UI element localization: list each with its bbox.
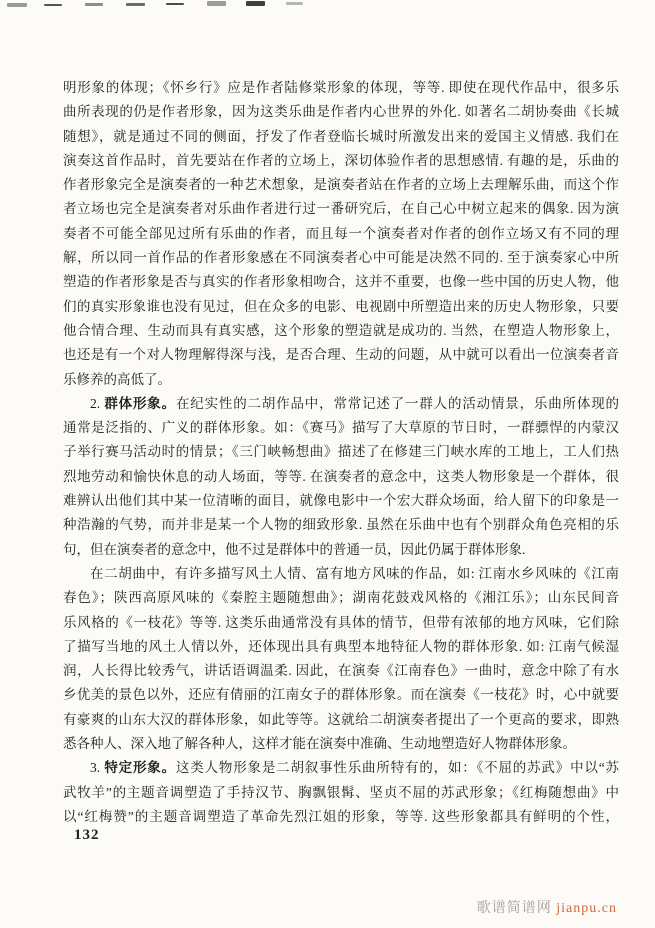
text-line: 种浩瀚的气势，而并非是某一个人物的细致形象. 虽然在乐曲中也有个别群众角色亮相的… <box>63 513 619 537</box>
section-heading: 群体形象。 <box>104 396 176 411</box>
binding-mark-icon <box>85 3 103 6</box>
text-line: 润，人长得比较秀气，讲话语调温柔. 因此，在演奏《江南春色》一曲时，意念中除了有… <box>63 659 619 683</box>
text-line: 有豪爽的山东大汉的群体形象，如此等等。这就给二胡演奏者提出了一个更高的要求，即熟 <box>63 708 619 732</box>
text-line: 演奏这首作品时，首先要站在作者的立场上，深切体验作者的思想感情. 有趣的是，乐曲… <box>63 149 619 173</box>
paragraph-regional-style: 在二胡曲中，有许多描写风土人情、富有地方风味的作品，如: 江南水乡风味的《江南 … <box>63 562 619 756</box>
text-line: 解，所以同一首作品的作者形象感在不同演奏者心中可能是决然不同的. 至于演奏家心中… <box>63 246 619 270</box>
binding-mark-icon <box>166 3 184 5</box>
text-line: 乐风格的《一枝花》等等. 这类乐曲通常没有具体的情节，但带有浓郁的地方风味，它们… <box>63 611 619 635</box>
text-line: 明形象的体现；《怀乡行》应是作者陆修棠形象的体现，等等. 即使在现代作品中，很多… <box>63 76 619 100</box>
watermark-site-name: 歌谱简谱网 <box>477 901 552 916</box>
text-line: 3. 特定形象。这类人物形象是二胡叙事性乐曲所特有的，如：《不屈的苏武》中以“苏 <box>63 756 619 780</box>
watermark-site-url: jianpu.cn <box>556 901 617 916</box>
binding-mark-icon <box>44 4 62 6</box>
binding-mark-icon <box>126 3 145 6</box>
text-line: 在二胡曲中，有许多描写风土人情、富有地方风味的作品，如: 江南水乡风味的《江南 <box>63 562 619 586</box>
text-line: 子举行赛马活动时的情景；《三门峡畅想曲》描述了在修建三门峡水库的工地上，工人们热 <box>63 440 619 464</box>
paragraph-specific-image: 3. 特定形象。这类人物形象是二胡叙事性乐曲所特有的，如：《不屈的苏武》中以“苏… <box>63 756 619 829</box>
text-line: 者立场也完全是演奏者对乐曲作者进行过一番研究后，在自己心中树立起来的偶象. 因为… <box>63 197 619 221</box>
binding-mark-icon <box>7 3 27 7</box>
binding-mark-icon <box>286 2 303 5</box>
text-run: 在纪实性的二胡作品中，常常记述了一群人的活动情景，乐曲所体现的 <box>176 396 619 411</box>
text-line: 作者形象完全是演奏者的一种艺术想象，是演奏者站在作者的立场上去理解乐曲，而这个作 <box>63 173 619 197</box>
text-line: 了描写当地的风土人情以外，还体现出具有典型本地特征人物的群体形象. 如: 江南气… <box>63 635 619 659</box>
text-line: 他合情合理、生动而具有真实感，这个形象的塑造就是成功的. 当然，在塑造人物形象上… <box>63 319 619 343</box>
text-line: 难辨认出他们其中某一位清晰的面目，就像电影中一个宏大群众场面，给人留下的印象是一 <box>63 489 619 513</box>
list-number: 3. <box>90 760 104 775</box>
text-line: 曲所表现的仍是作者形象，因为这类乐曲是作者内心世界的外化. 如著名二胡协奏曲《长… <box>63 100 619 124</box>
book-page: 明形象的体现；《怀乡行》应是作者陆修棠形象的体现，等等. 即使在现代作品中，很多… <box>0 0 655 928</box>
text-line: 武牧羊”的主题音调塑造了手持汉节、胸飘银髯、坚贞不屈的苏武形象；《红梅随想曲》中 <box>63 781 619 805</box>
text-line: 随想》，就是通过不同的侧面，抒发了作者登临长城时所激发出来的爱国主义情感. 我们… <box>63 125 619 149</box>
text-line: 以“红梅赞”的主题音调塑造了革命先烈江姐的形象，等等. 这些形象都具有鲜明的个性… <box>63 805 619 829</box>
paragraph-author-image: 明形象的体现；《怀乡行》应是作者陆修棠形象的体现，等等. 即使在现代作品中，很多… <box>63 76 619 392</box>
text-line: 乡优美的景色以外，还应有倩丽的江南女子的群体形象。而在演奏《一枝花》时，心中就要 <box>63 683 619 707</box>
binding-mark-icon <box>207 1 226 6</box>
text-line: 塑造的作者形象是否与真实的作者形象相吻合，这并不重要，也像一些中国的历史人物，他 <box>63 270 619 294</box>
text-line: 2. 群体形象。在纪实性的二胡作品中，常常记述了一群人的活动情景，乐曲所体现的 <box>63 392 619 416</box>
list-number: 2. <box>90 396 104 411</box>
page-text: 明形象的体现；《怀乡行》应是作者陆修棠形象的体现，等等. 即使在现代作品中，很多… <box>63 76 619 829</box>
text-line: 句，但在演奏者的意念中，他不过是群体中的普通一员，因此仍属于群体形象. <box>63 538 619 562</box>
section-heading: 特定形象。 <box>104 760 176 775</box>
text-line: 们的真实形象谁也没有见过，但在众多的电影、电视剧中所塑造出来的历史人物形象，只要 <box>63 295 619 319</box>
text-line: 乐修养的高低了。 <box>63 368 619 392</box>
watermark: 歌谱简谱网 jianpu.cn <box>477 897 617 917</box>
binding-mark-icon <box>246 1 265 6</box>
text-line: 通常是泛指的、广义的群体形象。如：《赛马》描写了大草原的节日时，一群骠悍的内蒙汉 <box>63 416 619 440</box>
text-line: 奏者不可能全部见过所有乐曲的作者，而且每一个演奏者对作者的创作立场又有不同的理 <box>63 222 619 246</box>
text-line: 春色》；陕西高原风味的《秦腔主题随想曲》；湖南花鼓戏风格的《湘江乐》；山东民间音 <box>63 586 619 610</box>
text-line: 悉各种人、深入地了解各种人，这样才能在演奏中准确、生动地塑造好人物群体形象。 <box>63 732 619 756</box>
paragraph-group-image: 2. 群体形象。在纪实性的二胡作品中，常常记述了一群人的活动情景，乐曲所体现的 … <box>63 392 619 562</box>
text-line: 烈地劳动和愉快休息的动人场面，等等. 在演奏者的意念中，这类人物形象是一个群体，… <box>63 465 619 489</box>
text-run: 这类人物形象是二胡叙事性乐曲所特有的，如：《不屈的苏武》中以“苏 <box>176 760 619 775</box>
page-number: 132 <box>74 827 100 844</box>
text-line: 也还是有一个对人物理解得深与浅，是否合理、生动的问题，从中就可以看出一位演奏者音 <box>63 343 619 367</box>
